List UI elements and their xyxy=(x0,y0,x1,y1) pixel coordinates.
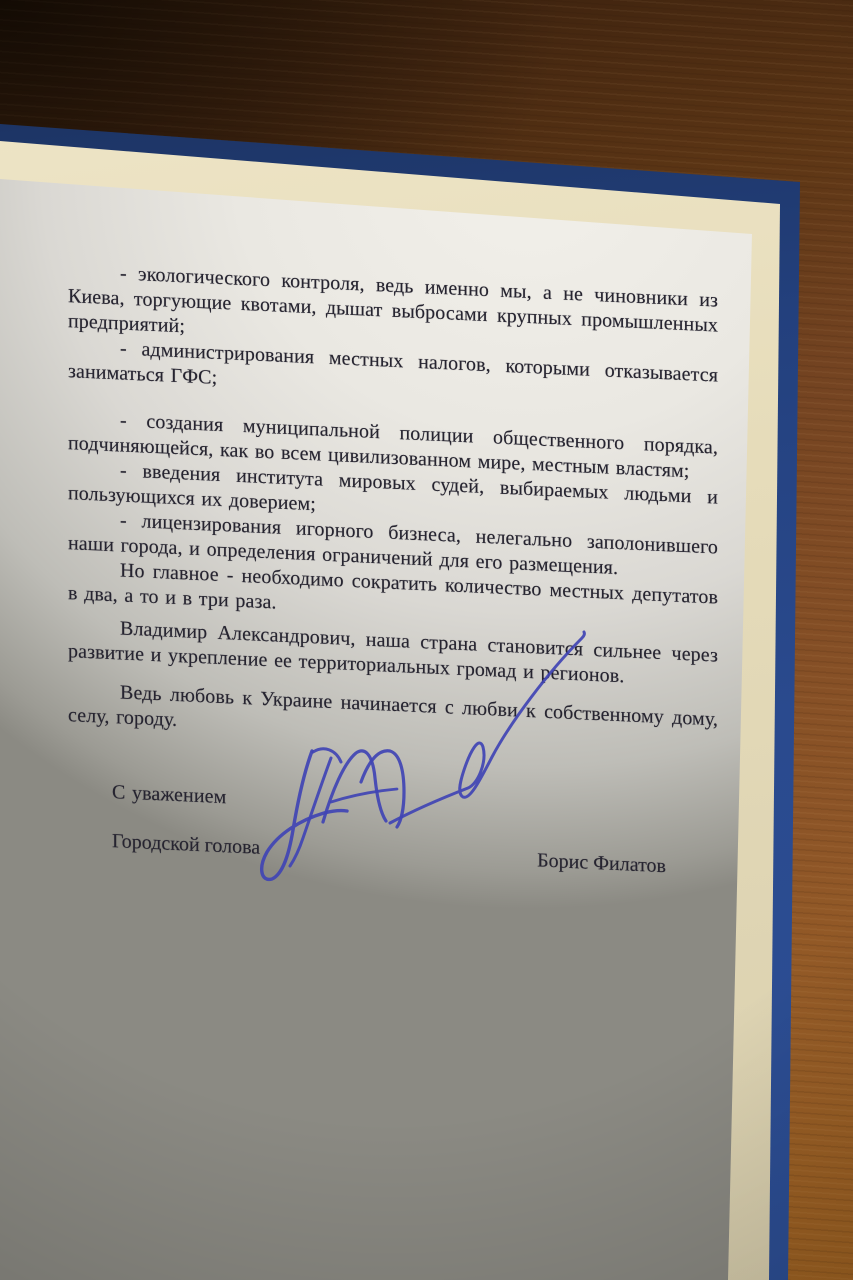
letter-salutation: С уважением xyxy=(68,778,718,833)
letter-body: - экологического контроля, ведь именно м… xyxy=(0,198,798,885)
letter-paragraph: Ведь любовь к Украине начинается с любви… xyxy=(68,678,718,758)
photo-scene: - экологического контроля, ведь именно м… xyxy=(0,0,853,1280)
